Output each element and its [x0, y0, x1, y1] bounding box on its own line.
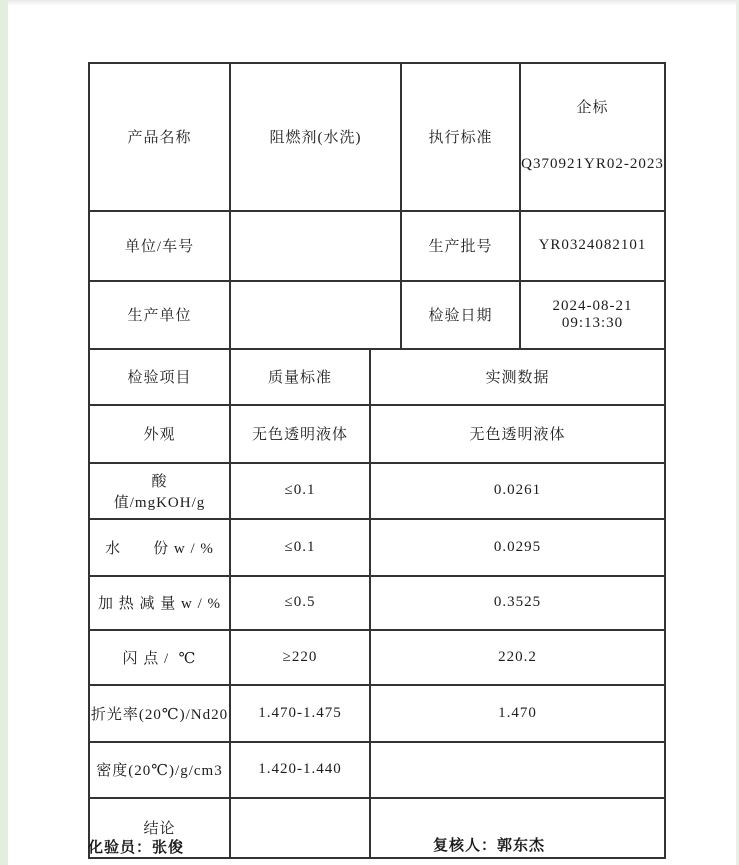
spec-table: 检验项目 质量标准 实测数据 外观 无色透明液体 无色透明液体 酸 值/mgKO…: [88, 348, 666, 859]
standard-value-cell: ≥220: [230, 630, 370, 685]
spec-row-flash-point: 闪 点 / ℃ ≥220 220.2: [89, 630, 665, 685]
producer-label-cell: 生产单位: [89, 281, 230, 349]
batch-no-value-cell: YR0324082101: [520, 211, 665, 281]
unit-vehicle-value-cell: [230, 211, 401, 281]
measured-value-cell: 0.0295: [370, 519, 665, 576]
inspection-item-header-cell: 检验项目: [89, 349, 230, 405]
reviewer-signature: 复核人：郭东杰: [433, 834, 545, 855]
item-label-cell: 加 热 减 量 w / %: [89, 576, 230, 630]
conclusion-standard-cell: [230, 798, 370, 858]
product-info-table: 产品名称 阻燃剂(水洗) 执行标准 企标 Q370921YR02-2023 单位…: [88, 62, 666, 350]
product-name-value-cell: 阻燃剂(水洗): [230, 63, 401, 211]
item-label-cell: 酸 值/mgKOH/g: [89, 463, 230, 519]
spec-row-moisture: 水 份 w / % ≤0.1 0.0295: [89, 519, 665, 576]
top-edge-strip: [0, 0, 739, 5]
product-name-label-cell: 产品名称: [89, 63, 230, 211]
spec-row-acid-value: 酸 值/mgKOH/g ≤0.1 0.0261: [89, 463, 665, 519]
unit-vehicle-row: 单位/车号 生产批号 YR0324082101: [89, 211, 665, 281]
measured-data-header-cell: 实测数据: [370, 349, 665, 405]
exec-standard-value-cell: 企标 Q370921YR02-2023: [520, 63, 665, 211]
document-page: 产品名称 阻燃剂(水洗) 执行标准 企标 Q370921YR02-2023 单位…: [0, 0, 739, 865]
product-row: 产品名称 阻燃剂(水洗) 执行标准 企标 Q370921YR02-2023: [89, 63, 665, 211]
producer-value-cell: [230, 281, 401, 349]
measured-value-cell: [370, 742, 665, 798]
standard-value-cell: ≤0.1: [230, 463, 370, 519]
standard-value-cell: 1.470-1.475: [230, 685, 370, 742]
spec-row-refractive-index: 折光率(20℃)/Nd20 1.470-1.475 1.470: [89, 685, 665, 742]
measured-value-cell: 0.0261: [370, 463, 665, 519]
left-edge-strip: [0, 0, 8, 865]
standard-value-cell: ≤0.5: [230, 576, 370, 630]
quality-standard-header-cell: 质量标准: [230, 349, 370, 405]
measured-value-cell: 无色透明液体: [370, 405, 665, 463]
spec-header-row: 检验项目 质量标准 实测数据: [89, 349, 665, 405]
exec-standard-line2: Q370921YR02-2023: [521, 154, 664, 176]
item-label-cell: 外观: [89, 405, 230, 463]
exec-standard-label-cell: 执行标准: [401, 63, 520, 211]
spec-row-appearance: 外观 无色透明液体 无色透明液体: [89, 405, 665, 463]
measured-value-cell: 0.3525: [370, 576, 665, 630]
qc-report: 产品名称 阻燃剂(水洗) 执行标准 企标 Q370921YR02-2023 单位…: [88, 62, 666, 859]
inspection-date-label-cell: 检验日期: [401, 281, 520, 349]
standard-value-cell: 1.420-1.440: [230, 742, 370, 798]
tester-signature: 化验员：张俊: [88, 836, 184, 857]
unit-vehicle-label-cell: 单位/车号: [89, 211, 230, 281]
spec-row-heating-loss: 加 热 减 量 w / % ≤0.5 0.3525: [89, 576, 665, 630]
standard-value-cell: 无色透明液体: [230, 405, 370, 463]
producer-row: 生产单位 检验日期 2024-08-21 09:13:30: [89, 281, 665, 349]
batch-no-label-cell: 生产批号: [401, 211, 520, 281]
item-label-cell: 折光率(20℃)/Nd20: [89, 685, 230, 742]
item-label-cell: 密度(20℃)/g/cm3: [89, 742, 230, 798]
standard-value-cell: ≤0.1: [230, 519, 370, 576]
item-label-cell: 水 份 w / %: [89, 519, 230, 576]
measured-value-cell: 1.470: [370, 685, 665, 742]
inspection-date-value-cell: 2024-08-21 09:13:30: [520, 281, 665, 349]
measured-value-cell: 220.2: [370, 630, 665, 685]
exec-standard-line1: 企标: [521, 98, 664, 120]
item-label-cell: 闪 点 / ℃: [89, 630, 230, 685]
spec-row-density: 密度(20℃)/g/cm3 1.420-1.440: [89, 742, 665, 798]
